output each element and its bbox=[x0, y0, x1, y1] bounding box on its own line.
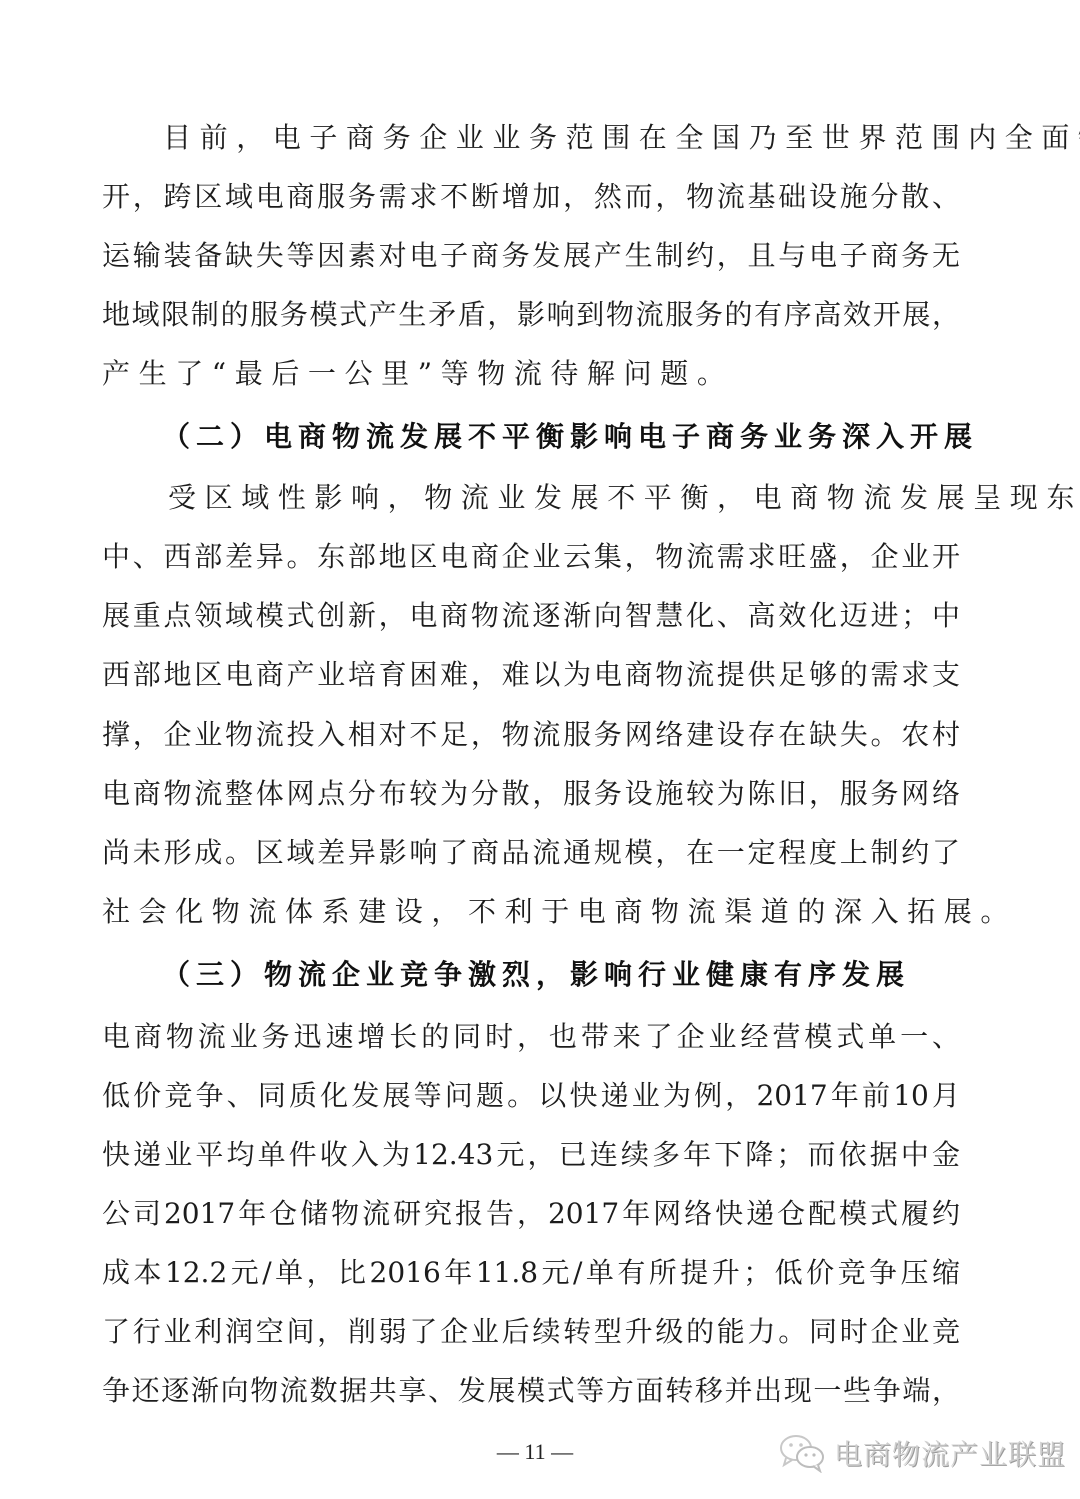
paragraph-2-line-5: 撑，企业物流投入相对不足，物流服务网络建设存在缺失。农村 bbox=[102, 715, 960, 755]
paragraph-2-line-3: 展重点领域模式创新，电商物流逐渐向智慧化、高效化迈进；中 bbox=[102, 596, 960, 636]
paragraph-2-line-1: 受区域性影响，物流业发展不平衡，电商物流发展呈现东、 bbox=[168, 478, 960, 518]
paragraph-1-line-1: 目前，电子商务企业业务范围在全国乃至世界范围内全面铺 bbox=[163, 118, 960, 158]
paragraph-3-line-7: 争还逐渐向物流数据共享、发展模式等方面转移并出现一些争端， bbox=[102, 1371, 960, 1411]
paragraph-1-line-4: 地域限制的服务模式产生矛盾，影响到物流服务的有序高效开展， bbox=[102, 295, 960, 335]
section-heading-3: （三）物流企业竞争激烈，影响行业健康有序发展 bbox=[162, 955, 910, 995]
paragraph-3-line-3: 快递业平均单件收入为12.43元，已连续多年下降；而依据中金 bbox=[102, 1135, 960, 1175]
paragraph-2-line-7: 尚未形成。区域差异影响了商品流通规模，在一定程度上制约了 bbox=[102, 833, 960, 873]
paragraph-1-line-5: 产生了“最后一公里”等物流待解问题。 bbox=[102, 354, 960, 394]
paragraph-2-line-2: 中、西部差异。东部地区电商企业云集，物流需求旺盛，企业开 bbox=[102, 537, 960, 577]
paragraph-2-line-8: 社会化物流体系建设，不利于电商物流渠道的深入拓展。 bbox=[102, 892, 960, 932]
wechat-icon bbox=[778, 1433, 826, 1473]
watermark-text: 电商物流产业联盟 bbox=[834, 1433, 1066, 1473]
watermark: 电商物流产业联盟 bbox=[778, 1428, 1066, 1478]
paragraph-2-line-4: 西部地区电商产业培育困难，难以为电商物流提供足够的需求支 bbox=[102, 655, 960, 695]
section-heading-2: （二）电商物流发展不平衡影响电子商务业务深入开展 bbox=[162, 417, 978, 457]
paragraph-2-line-6: 电商物流整体网点分布较为分散，服务设施较为陈旧，服务网络 bbox=[102, 774, 960, 814]
paragraph-3-line-1: 电商物流业务迅速增长的同时，也带来了企业经营模式单一、 bbox=[102, 1017, 960, 1057]
paragraph-3-line-6: 了行业利润空间，削弱了企业后续转型升级的能力。同时企业竞 bbox=[102, 1312, 960, 1352]
paragraph-1-line-2: 开，跨区域电商服务需求不断增加，然而，物流基础设施分散、 bbox=[102, 177, 960, 217]
document-page: 目前，电子商务企业业务范围在全国乃至世界范围内全面铺 开，跨区域电商服务需求不断… bbox=[0, 0, 1080, 1499]
paragraph-3-line-2: 低价竞争、同质化发展等问题。以快递业为例，2017年前10月 bbox=[102, 1076, 960, 1116]
paragraph-3-line-5: 成本12.2元/单，比2016年11.8元/单有所提升；低价竞争压缩 bbox=[102, 1253, 960, 1293]
page-number: — 11 — bbox=[470, 1437, 600, 1467]
paragraph-1-line-3: 运输装备缺失等因素对电子商务发展产生制约，且与电子商务无 bbox=[102, 236, 960, 276]
paragraph-3-line-4: 公司2017年仓储物流研究报告，2017年网络快递仓配模式履约 bbox=[102, 1194, 960, 1234]
